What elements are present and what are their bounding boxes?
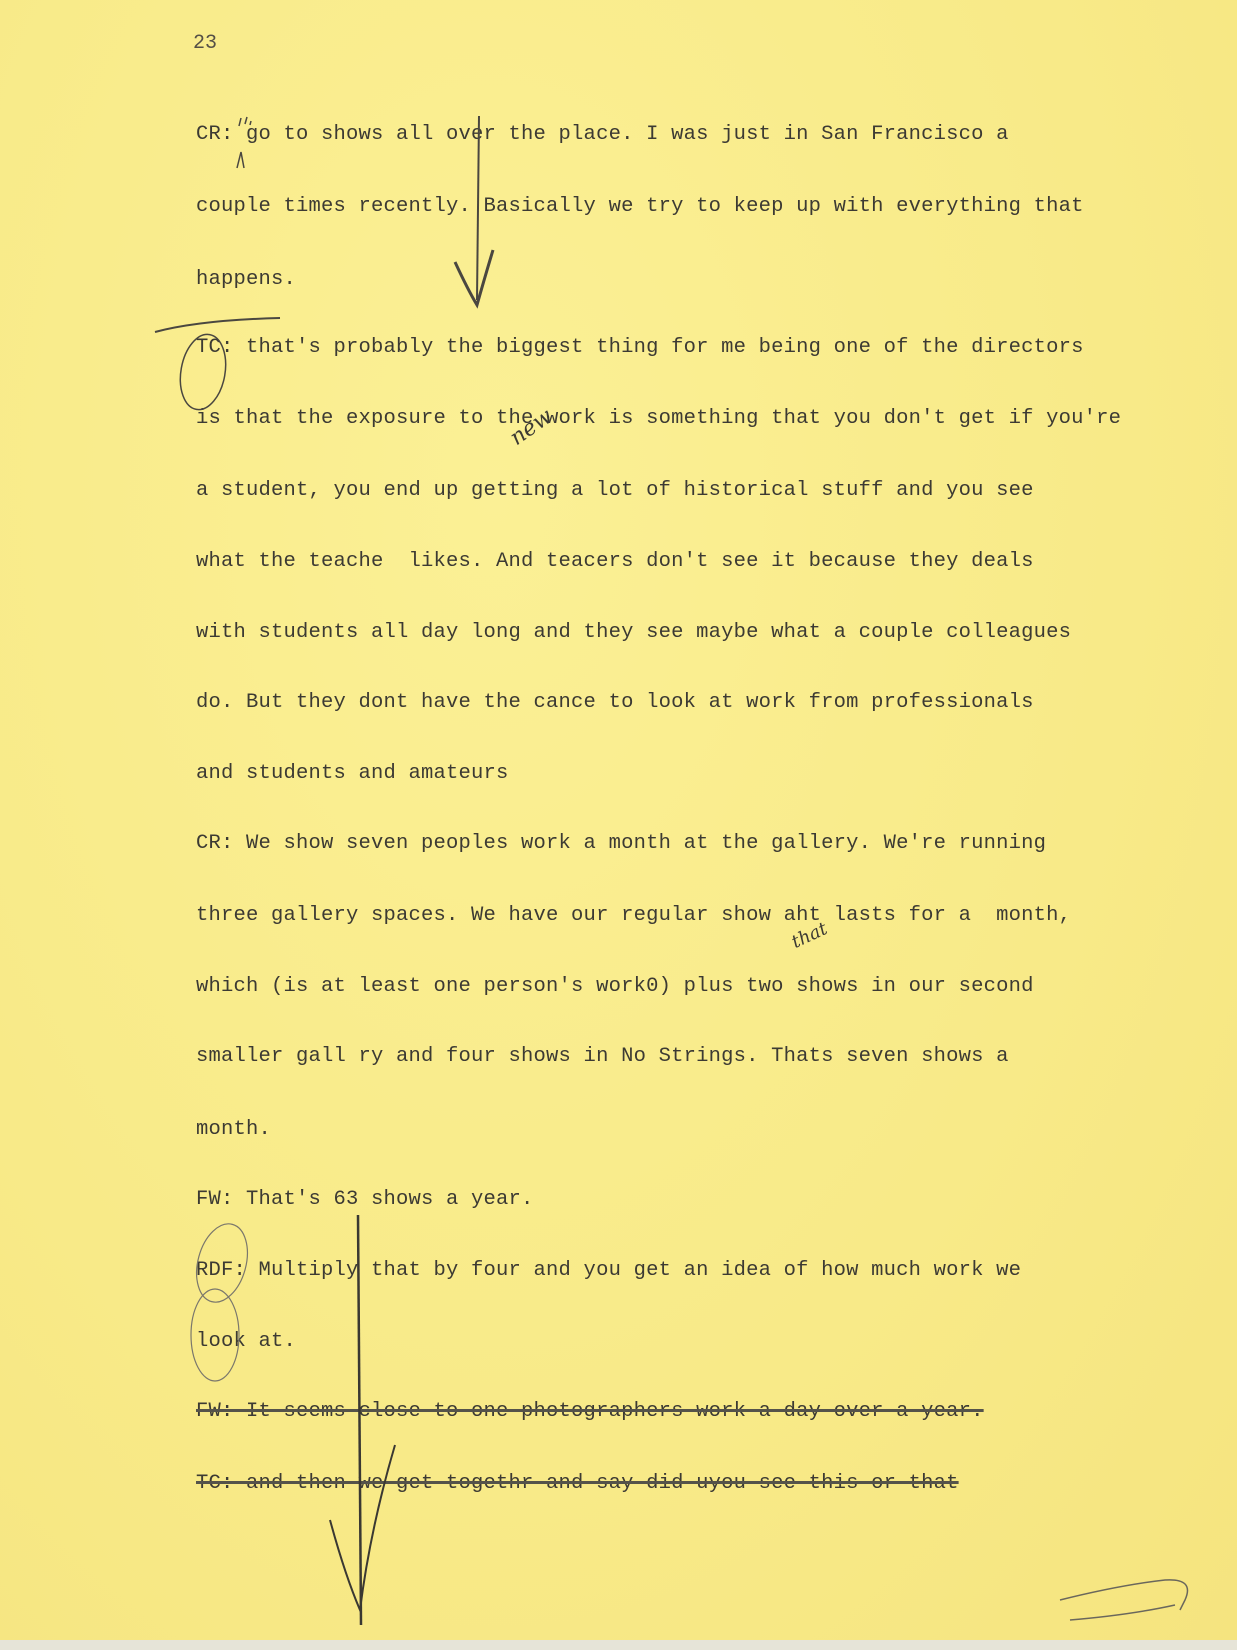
transcript-line: three gallery spaces. We have our regula… <box>196 904 1071 927</box>
transcript-line: is that the exposure to the work is some… <box>196 407 1121 430</box>
transcript-line: look at. <box>196 1330 296 1353</box>
transcript-line: TC: that's probably the biggest thing fo… <box>196 336 1084 359</box>
transcript-line: month. <box>196 1118 271 1141</box>
transcript-line: FW: That's 63 shows a year. <box>196 1188 534 1211</box>
paper-page <box>0 0 1237 1640</box>
transcript-line: smaller gall ry and four shows in No Str… <box>196 1045 1009 1068</box>
transcript-line: CR: We show seven peoples work a month a… <box>196 832 1046 855</box>
transcript-line: couple times recently. Basically we try … <box>196 195 1084 218</box>
struck-transcript-line: TC: and then we get togethr and say did … <box>196 1472 959 1495</box>
transcript-line: and students and amateurs <box>196 762 509 785</box>
page-edge <box>0 1640 1237 1650</box>
page-number: 23 <box>193 32 217 55</box>
transcript-line: which (is at least one person's work0) p… <box>196 975 1034 998</box>
transcript-line: happens. <box>196 268 296 291</box>
transcript-line: what the teache likes. And teacers don't… <box>196 550 1034 573</box>
transcript-line: a student, you end up getting a lot of h… <box>196 479 1034 502</box>
transcript-line: CR: go to shows all over the place. I wa… <box>196 123 1009 146</box>
transcript-line: do. But they dont have the cance to look… <box>196 691 1034 714</box>
struck-transcript-line: FW: It seems close to one photographers … <box>196 1400 984 1423</box>
transcript-line: RDF: Multiply that by four and you get a… <box>196 1259 1021 1282</box>
transcript-line: with students all day long and they see … <box>196 621 1071 644</box>
